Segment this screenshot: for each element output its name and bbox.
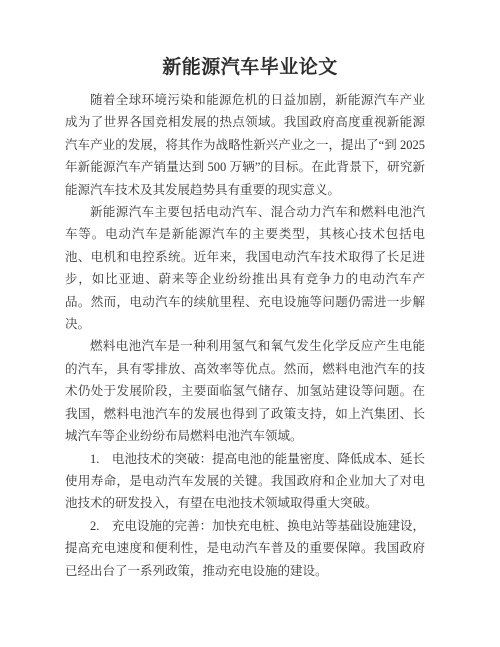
- paragraph-introduction: 随着全球环境污染和能源危机的日益加剧，新能源汽车产业成为了世界各国竞相发展的热点…: [65, 89, 425, 201]
- paragraph-ev-overview: 新能源汽车主要包括电动汽车、混合动力汽车和燃料电池汽车等。电动汽车是新能源汽车的…: [65, 201, 425, 335]
- paragraph-fuel-cell: 燃料电池汽车是一种利用氢气和氧气发生化学反应产生电能的汽车，具有零排放、高效率等…: [65, 335, 425, 447]
- document-page: 新能源汽车毕业论文 随着全球环境污染和能源危机的日益加剧，新能源汽车产业成为了世…: [0, 0, 500, 647]
- list-item-battery-breakthrough: 1. 电池技术的突破：提高电池的能量密度、降低成本、延长使用寿命，是电动汽车发展…: [65, 448, 425, 515]
- list-item-charging-infrastructure: 2. 充电设施的完善：加快充电桩、换电站等基础设施建设，提高充电速度和便利性，是…: [65, 515, 425, 582]
- document-body: 随着全球环境污染和能源危机的日益加剧，新能源汽车产业成为了世界各国竞相发展的热点…: [65, 89, 425, 582]
- document-title: 新能源汽车毕业论文: [0, 0, 500, 80]
